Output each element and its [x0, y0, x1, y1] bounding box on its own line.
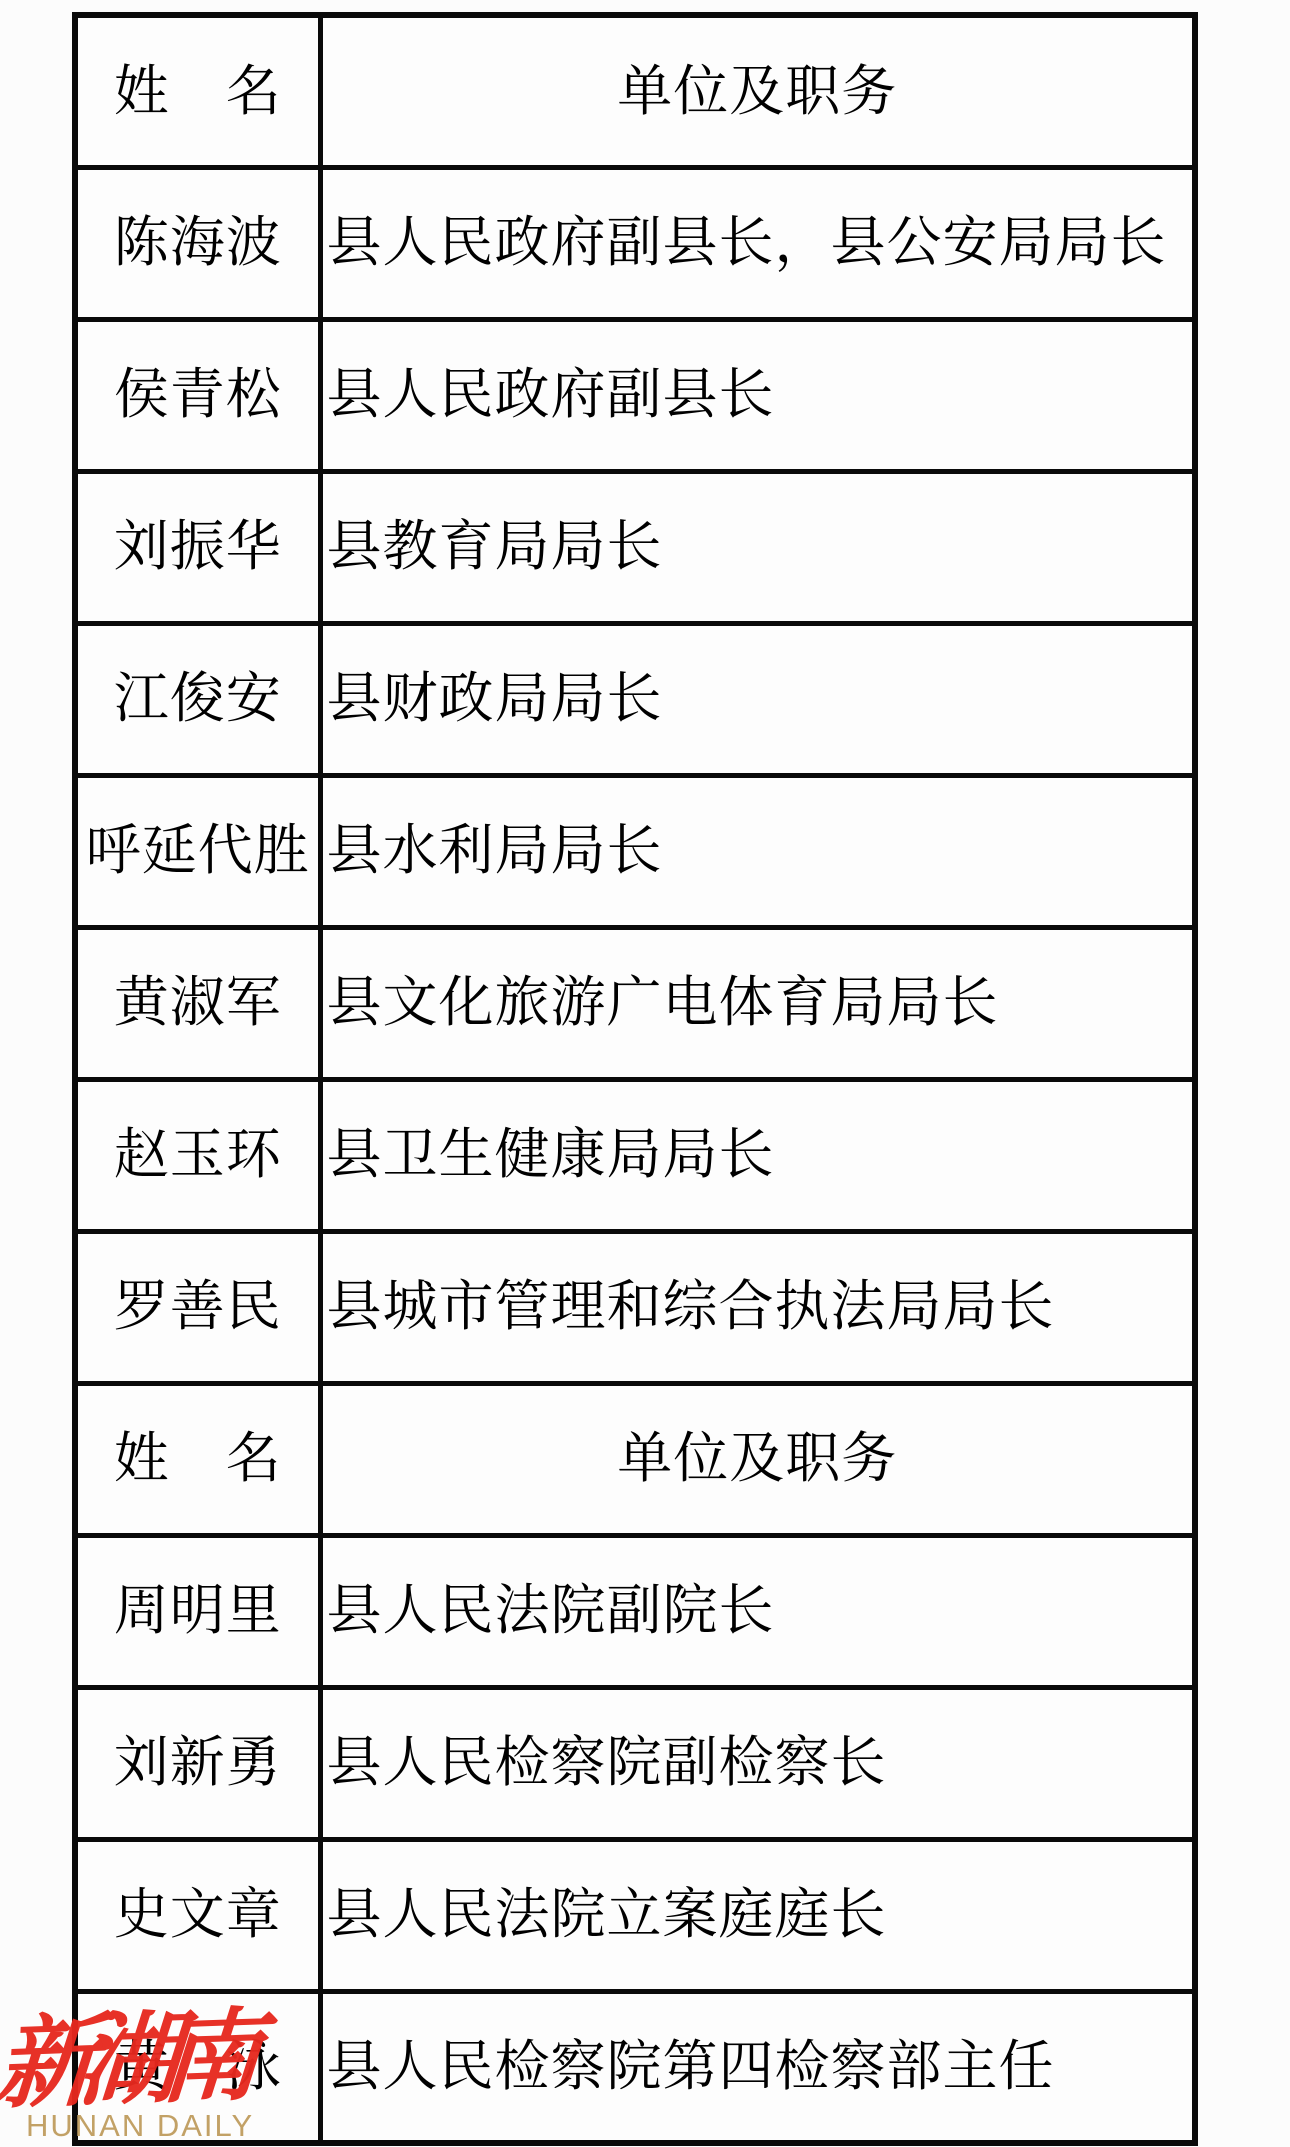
table-row: 罗善民 县城市管理和综合执法局局长 — [75, 1231, 1195, 1383]
table-row: 刘新勇 县人民检察院副检察长 — [75, 1687, 1195, 1839]
table-header-row: 姓 名 单位及职务 — [75, 1383, 1195, 1535]
name-cell: 侯青松 — [75, 319, 320, 471]
name-cell: 刘新勇 — [75, 1687, 320, 1839]
position-cell: 县人民法院副院长 — [320, 1535, 1195, 1687]
position-cell: 县卫生健康局局长 — [320, 1079, 1195, 1231]
roster-table-body: 姓 名 单位及职务 陈海波 县人民政府副县长，县公安局局长 侯青松 县人民政府副… — [75, 15, 1195, 2143]
table-row: 陈海波 县人民政府副县长，县公安局局长 — [75, 167, 1195, 319]
table-row: 周明里 县人民法院副院长 — [75, 1535, 1195, 1687]
header-name-cell: 姓 名 — [75, 15, 320, 167]
position-cell: 县人民政府副县长，县公安局局长 — [320, 167, 1195, 319]
header-position-cell: 单位及职务 — [320, 15, 1195, 167]
name-cell: 刘振华 — [75, 471, 320, 623]
table-header-row: 姓 名 单位及职务 — [75, 15, 1195, 167]
header-name-cell: 姓 名 — [75, 1383, 320, 1535]
position-cell: 县教育局局长 — [320, 471, 1195, 623]
position-cell: 县文化旅游广电体育局局长 — [320, 927, 1195, 1079]
table-row: 黄淑军 县文化旅游广电体育局局长 — [75, 927, 1195, 1079]
name-cell: 赵玉环 — [75, 1079, 320, 1231]
hunan-daily-logo-english: HUNAN DAILY — [26, 2108, 254, 2144]
position-cell: 县人民法院立案庭庭长 — [320, 1839, 1195, 1991]
position-cell: 县水利局局长 — [320, 775, 1195, 927]
name-cell: 周明里 — [75, 1535, 320, 1687]
position-cell: 县人民政府副县长 — [320, 319, 1195, 471]
position-cell: 县城市管理和综合执法局局长 — [320, 1231, 1195, 1383]
name-cell: 史文章 — [75, 1839, 320, 1991]
name-cell: 黄淑军 — [75, 927, 320, 1079]
position-cell: 县人民检察院第四检察部主任 — [320, 1991, 1195, 2143]
news-table-page: 姓 名 单位及职务 陈海波 县人民政府副县长，县公安局局长 侯青松 县人民政府副… — [0, 0, 1290, 2147]
position-cell: 县财政局局长 — [320, 623, 1195, 775]
table-row: 刘振华 县教育局局长 — [75, 471, 1195, 623]
header-position-cell: 单位及职务 — [320, 1383, 1195, 1535]
name-cell: 江俊安 — [75, 623, 320, 775]
table-row: 呼延代胜 县水利局局长 — [75, 775, 1195, 927]
table-row: 江俊安 县财政局局长 — [75, 623, 1195, 775]
table-row: 赵玉环 县卫生健康局局长 — [75, 1079, 1195, 1231]
name-cell: 呼延代胜 — [75, 775, 320, 927]
name-cell: 陈海波 — [75, 167, 320, 319]
table-row: 侯青松 县人民政府副县长 — [75, 319, 1195, 471]
table-row: 史文章 县人民法院立案庭庭长 — [75, 1839, 1195, 1991]
name-cell: 罗善民 — [75, 1231, 320, 1383]
position-cell: 县人民检察院副检察长 — [320, 1687, 1195, 1839]
roster-table: 姓 名 单位及职务 陈海波 县人民政府副县长，县公安局局长 侯青松 县人民政府副… — [72, 12, 1198, 2146]
hunan-daily-logo-chinese: 新湖南 — [0, 1974, 303, 2128]
